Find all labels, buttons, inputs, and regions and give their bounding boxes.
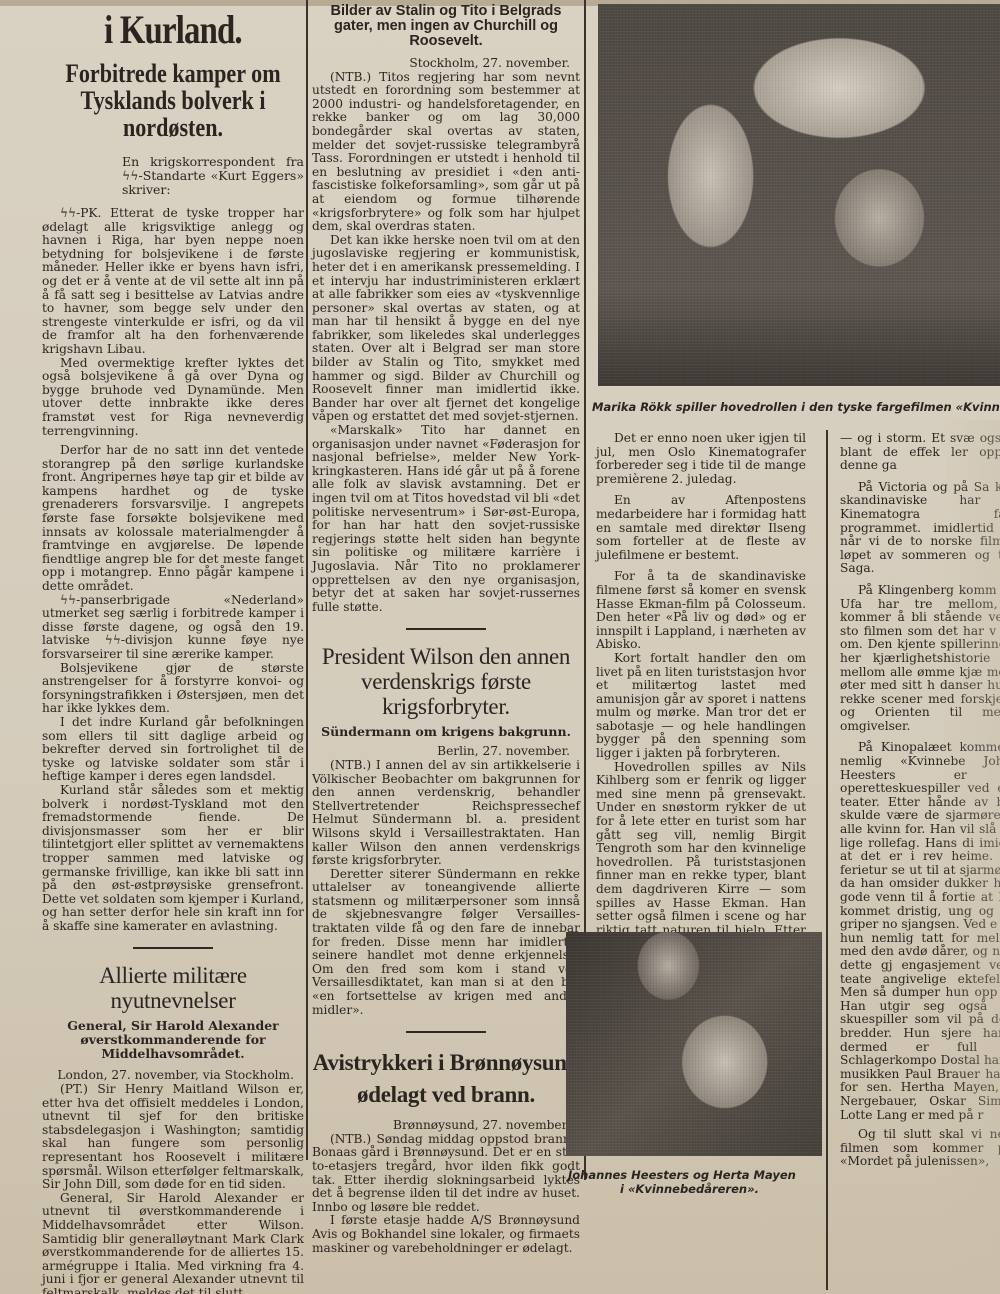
article-paragraph: Det er enno noen uker igjen til jul, men… <box>596 432 806 486</box>
article-paragraph: I første etasje hadde A/S Brønnøysund Av… <box>312 1214 580 1255</box>
article-paragraph: På Kinopalæet komme film, nemlig «Kvinne… <box>840 741 1000 1122</box>
article-paragraph: General, Sir Harold Alexander er utnevnt… <box>42 1192 304 1294</box>
column-julefilmer: Det er enno noen uker igjen til jul, men… <box>596 432 806 992</box>
article-paragraph: Deretter siterer Sündermann en rekke utt… <box>312 868 580 1018</box>
article-paragraph: ϟϟ-panserbrigade «Nederland» utmerket se… <box>42 594 304 662</box>
article-paragraph: På Victoria og på Sa komme skandinaviske… <box>840 481 1000 576</box>
article-paragraph: Med overmektige krefter lyktes det også … <box>42 357 304 439</box>
column-rule <box>826 430 828 1290</box>
column-belgrad: Bilder av Stalin og Tito i Belgrads gate… <box>312 0 580 1255</box>
article-paragraph: ϟϟ-PK. Etterat de tyske tropper har ødel… <box>42 207 304 357</box>
column-julefilmer-continued: — og i storm. Et svæ også med blant de e… <box>840 432 1000 1169</box>
caption-line-2: i «Kvinnebedåreren». <box>568 1182 828 1196</box>
article-paragraph: Derfor har de no satt inn det ventede st… <box>42 444 304 594</box>
article-paragraph: Og til slutt skal vi nev ske filmen som … <box>840 1128 1000 1169</box>
dateline-berlin: Berlin, 27. november. <box>312 745 570 759</box>
dateline-stockholm: Stockholm, 27. november. <box>312 57 570 71</box>
byline: En krigskorrespondent fra ϟϟ-Standarte «… <box>122 155 304 197</box>
divider <box>406 628 486 630</box>
photo-marika-rokk <box>598 4 1000 386</box>
divider <box>133 947 213 949</box>
kicker-headline: i Kurland. <box>66 8 281 52</box>
article-paragraph: Bolsjevikene gjør de største anstrengels… <box>42 662 304 716</box>
article-paragraph: «Marskalk» Tito har dannet en organisasj… <box>312 424 580 614</box>
article-paragraph: I det indre Kurland går befolkningen som… <box>42 716 304 784</box>
photo-caption-bottom: Johannes Heesters og Herta Mayen i «Kvin… <box>568 1168 828 1196</box>
article-paragraph: På Klingenberg komm gefilm Ufa har tre m… <box>840 584 1000 734</box>
photo-caption-top: Marika Rökk spiller hovedrollen i den ty… <box>592 400 1000 414</box>
photo-heesters-mayen <box>566 932 822 1156</box>
headline-wilson: President Wilson den annen verdenskrigs … <box>312 644 580 719</box>
article-paragraph: (NTB.) Titos regjering har som nevnt uts… <box>312 71 580 234</box>
article-paragraph: (NTB.) I annen del av sin artikkelserie … <box>312 759 580 868</box>
column-kurland: i Kurland. Forbitrede kamper om Tyskland… <box>42 0 304 1294</box>
article-paragraph: Det kan ikke herske noen tvil om at den … <box>312 234 580 424</box>
dateline-london: London, 27. november, via Stockholm. <box>42 1069 294 1083</box>
column-rule <box>306 0 308 1160</box>
article-paragraph: Kurland står således som et mektig bolve… <box>42 784 304 934</box>
subheadline-alexander: General, Sir Harold Alexander øverstkomm… <box>42 1019 304 1061</box>
caption-line-1: Johannes Heesters og Herta Mayen <box>568 1168 796 1182</box>
article-paragraph: (NTB.) Søndag middag oppstod brann i Bon… <box>312 1133 580 1215</box>
article-paragraph: (PT.) Sir Henry Maitland Wilson er, ette… <box>42 1083 304 1192</box>
divider <box>406 1031 486 1033</box>
headline-kurland: Forbitrede kamper om Tysklands bolverk i… <box>62 60 285 141</box>
article-paragraph: — og i storm. Et svæ også med blant de e… <box>840 432 1000 473</box>
article-paragraph: Kort fortalt handler den om livet på en … <box>596 652 806 761</box>
dateline-bronnoysund: Brønnøysund, 27. november. <box>312 1119 570 1133</box>
article-paragraph: En av Aftenpostens medarbeidere har i fo… <box>596 494 806 562</box>
headline-allierte: Allierte militære nyutnevnelser <box>42 963 304 1013</box>
subheadline-sundermann: Sündermann om krigens bakgrunn. <box>312 725 580 739</box>
headline-bronnoysund: Avistrykkeri i Brønnøysund ødelagt ved b… <box>312 1047 580 1111</box>
newspaper-page: i Kurland. Forbitrede kamper om Tyskland… <box>0 0 1000 1294</box>
article-paragraph: For å ta de skandinaviske filmene først … <box>596 570 806 652</box>
headline-belgrad: Bilder av Stalin og Tito i Belgrads gate… <box>312 4 580 49</box>
